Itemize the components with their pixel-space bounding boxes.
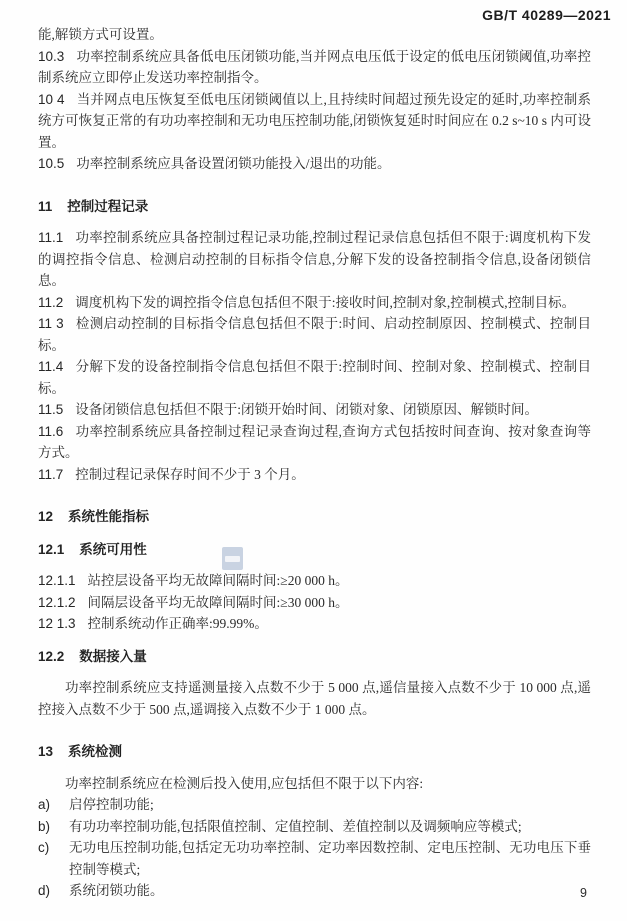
section-heading-13: 13系统检测 bbox=[38, 741, 591, 763]
clause-11-3: 11 3检测启动控制的目标指令信息包括但不限于:时间、启动控制原因、控制模式、控… bbox=[38, 313, 591, 356]
section-number: 12.1 bbox=[38, 542, 64, 557]
clause-11-2: 11.2调度机构下发的调控指令信息包括但不限于:接收时间,控制对象,控制模式,控… bbox=[38, 292, 591, 314]
clause-number: 11.4 bbox=[38, 359, 63, 374]
paragraph-test-intro: 功率控制系统应在检测后投入使用,应包括但不限于以下内容: bbox=[38, 773, 591, 795]
clause-number: 12.1.1 bbox=[38, 573, 76, 588]
clause-text: 设备闭锁信息包括但不限于:闭锁开始时间、闭锁对象、闭锁原因、解锁时间。 bbox=[75, 402, 538, 417]
list-item-text: 启停控制功能; bbox=[69, 794, 591, 816]
list-item-a: a)启停控制功能; bbox=[38, 794, 591, 816]
clause-text: 功率控制系统应具备低电压闭锁功能,当并网点电压低于设定的低电压闭锁阈值,功率控制… bbox=[38, 49, 591, 86]
list-marker: c) bbox=[38, 837, 69, 880]
clause-number: 11.1 bbox=[38, 230, 63, 245]
section-heading-11: 11控制过程记录 bbox=[38, 196, 591, 218]
section-number: 13 bbox=[38, 744, 53, 759]
clause-number: 10 4 bbox=[38, 92, 65, 107]
list-marker: a) bbox=[38, 794, 69, 816]
list-item-d: d)系统闭锁功能。 bbox=[38, 880, 591, 902]
list-item-text: 无功电压控制功能,包括定无功功率控制、定功率因数控制、定电压控制、无功电压下垂控… bbox=[69, 837, 591, 880]
section-title: 控制过程记录 bbox=[67, 199, 148, 214]
clause-text: 功率控制系统应具备控制过程记录功能,控制过程记录信息包括但不限于:调度机构下发的… bbox=[38, 230, 591, 288]
section-number: 12 bbox=[38, 509, 53, 524]
clause-number: 10.5 bbox=[38, 156, 64, 171]
list-item-text: 系统闭锁功能。 bbox=[69, 880, 591, 902]
clause-number: 11.2 bbox=[38, 295, 63, 310]
clause-text: 站控层设备平均无故障间隔时间:≥20 000 h。 bbox=[88, 573, 349, 588]
clause-number: 11.7 bbox=[38, 467, 63, 482]
paragraph-continuation: 能,解锁方式可设置。 bbox=[38, 24, 591, 46]
clause-text: 调度机构下发的调控指令信息包括但不限于:接收时间,控制对象,控制模式,控制目标。 bbox=[75, 295, 575, 310]
clause-number: 11.5 bbox=[38, 402, 63, 417]
clause-11-4: 11.4分解下发的设备控制指令信息包括但不限于:控制时间、控制对象、控制模式、控… bbox=[38, 356, 591, 399]
list-item-c: c)无功电压控制功能,包括定无功功率控制、定功率因数控制、定电压控制、无功电压下… bbox=[38, 837, 591, 880]
section-heading-12: 12系统性能指标 bbox=[38, 506, 591, 528]
clause-10-4: 10 4当并网点电压恢复至低电压闭锁阈值以上,且持续时间超过预先设定的延时,功率… bbox=[38, 89, 591, 154]
clause-number: 10.3 bbox=[38, 49, 64, 64]
section-title: 数据接入量 bbox=[79, 649, 147, 664]
clause-text: 检测启动控制的目标指令信息包括但不限于:时间、启动控制原因、控制模式、控制目标。 bbox=[38, 316, 591, 353]
clause-text: 当并网点电压恢复至低电压闭锁阈值以上,且持续时间超过预先设定的延时,功率控制系统… bbox=[38, 92, 591, 150]
document-body: 能,解锁方式可设置。 10.3功率控制系统应具备低电压闭锁功能,当并网点电压低于… bbox=[38, 24, 591, 902]
clause-11-7: 11.7控制过程记录保存时间不少于 3 个月。 bbox=[38, 464, 591, 486]
list-item-b: b)有功功率控制功能,包括限值控制、定值控制、差值控制以及调频响应等模式; bbox=[38, 816, 591, 838]
clause-10-3: 10.3功率控制系统应具备低电压闭锁功能,当并网点电压低于设定的低电压闭锁阈值,… bbox=[38, 46, 591, 89]
clause-10-5: 10.5功率控制系统应具备设置闭锁功能投入/退出的功能。 bbox=[38, 153, 591, 175]
clause-text: 功率控制系统应具备设置闭锁功能投入/退出的功能。 bbox=[76, 156, 390, 171]
clause-text: 功率控制系统应具备控制过程记录查询过程,查询方式包括按时间查询、按对象查询等方式… bbox=[38, 424, 591, 461]
clause-text: 间隔层设备平均无故障间隔时间:≥30 000 h。 bbox=[88, 595, 349, 610]
clause-text: 控制系统动作正确率:99.99%。 bbox=[88, 616, 268, 631]
section-number: 12.2 bbox=[38, 649, 64, 664]
clause-11-1: 11.1功率控制系统应具备控制过程记录功能,控制过程记录信息包括但不限于:调度机… bbox=[38, 227, 591, 292]
subsection-heading-12-2: 12.2数据接入量 bbox=[38, 646, 591, 668]
watermark-stamp bbox=[222, 547, 243, 570]
section-title: 系统可用性 bbox=[79, 542, 147, 557]
clause-number: 12 1.3 bbox=[38, 616, 76, 631]
clause-12-1-2: 12.1.2间隔层设备平均无故障间隔时间:≥30 000 h。 bbox=[38, 592, 591, 614]
clause-number: 12.1.2 bbox=[38, 595, 76, 610]
clause-number: 11 3 bbox=[38, 316, 64, 331]
list-item-text: 有功功率控制功能,包括限值控制、定值控制、差值控制以及调频响应等模式; bbox=[69, 816, 591, 838]
section-title: 系统性能指标 bbox=[68, 509, 149, 524]
section-number: 11 bbox=[38, 199, 52, 214]
clause-12-1-3: 12 1.3控制系统动作正确率:99.99%。 bbox=[38, 613, 591, 635]
clause-11-6: 11.6功率控制系统应具备控制过程记录查询过程,查询方式包括按时间查询、按对象查… bbox=[38, 421, 591, 464]
page-number: 9 bbox=[580, 883, 587, 905]
section-title: 系统检测 bbox=[68, 744, 122, 759]
clause-text: 控制过程记录保存时间不少于 3 个月。 bbox=[75, 467, 305, 482]
clause-text: 分解下发的设备控制指令信息包括但不限于:控制时间、控制对象、控制模式、控制目标。 bbox=[38, 359, 591, 396]
clause-12-1-1: 12.1.1站控层设备平均无故障间隔时间:≥20 000 h。 bbox=[38, 570, 591, 592]
clause-number: 11.6 bbox=[38, 424, 63, 439]
document-page: GB/T 40289—2021 能,解锁方式可设置。 10.3功率控制系统应具备… bbox=[0, 0, 627, 921]
list-marker: b) bbox=[38, 816, 69, 838]
subsection-heading-12-1: 12.1系统可用性 bbox=[38, 539, 591, 561]
list-marker: d) bbox=[38, 880, 69, 902]
clause-11-5: 11.5设备闭锁信息包括但不限于:闭锁开始时间、闭锁对象、闭锁原因、解锁时间。 bbox=[38, 399, 591, 421]
paragraph-data-capacity: 功率控制系统应支持遥测量接入点数不少于 5 000 点,遥信量接入点数不少于 1… bbox=[38, 677, 591, 720]
